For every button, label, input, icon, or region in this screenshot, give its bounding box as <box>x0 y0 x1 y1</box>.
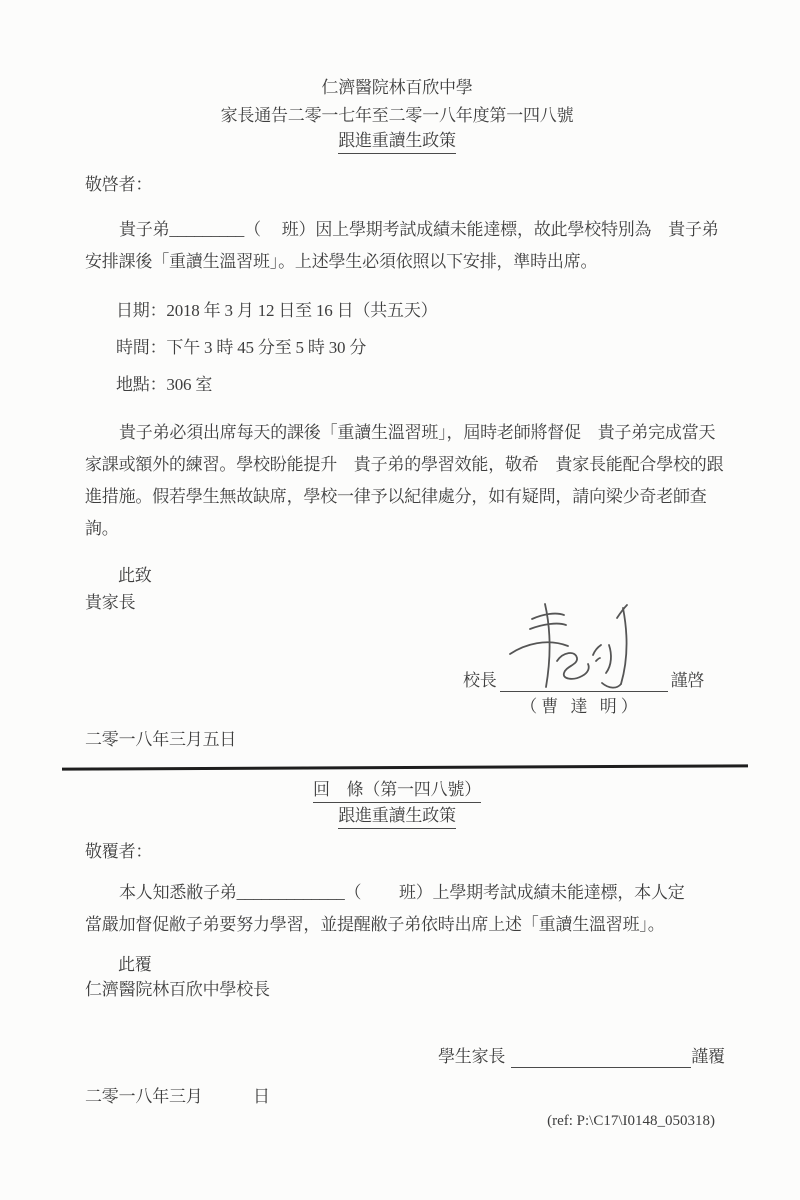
notice-paragraph1-line: 安排課後「重讀生溫習班」。上述學生必須依照以下安排，準時出席。 <box>85 251 597 273</box>
principal-sign-row: 校長 謹啓 <box>463 670 704 692</box>
principal-suffix: 謹啓 <box>671 670 705 692</box>
notice-subject: 跟進重讀生政策 <box>338 130 456 154</box>
file-reference: (ref: P:\C17\I0148_050318) <box>440 1110 715 1132</box>
scanned-notice-page: 仁濟醫院林百欣中學 家長通告二零一七年至二零一八年度第一四八號 跟進重讀生政策 … <box>0 0 800 1200</box>
principal-signature-line <box>500 672 668 692</box>
notice-paragraph2-line: 貴子弟必須出席每天的課後「重讀生溫習班」，屆時老師將督促 貴子弟完成當天 <box>85 422 715 444</box>
notice-number-line: 家長通告二零一七年至二零一八年度第一四八號 <box>0 105 794 127</box>
parent-sign-row: 學生家長 謹覆 <box>438 1046 725 1068</box>
notice-issue-date: 二零一八年三月五日 <box>85 729 236 751</box>
notice-subject-wrap: 跟進重讀生政策 <box>0 130 794 154</box>
notice-salutation: 敬啓者： <box>85 174 152 196</box>
notice-paragraph1-line: 貴子弟_________（ 班）因上學期考試成績未能達標，故此學校特別為 貴子弟 <box>85 219 719 241</box>
reply-recipient: 仁濟醫院林百欣中學校長 <box>85 979 270 1001</box>
principal-label: 校長 <box>463 670 497 692</box>
reply-salutation: 敬覆者： <box>85 841 152 863</box>
schedule-time: 時間：下午 3 時 45 分至 5 時 30 分 <box>116 337 366 359</box>
schedule-date: 日期：2018 年 3 月 12 日至 16 日（共五天） <box>116 300 437 322</box>
schedule-venue: 地點：306 室 <box>116 374 212 396</box>
notice-closing: 此致 <box>118 565 152 587</box>
reply-subject: 跟進重讀生政策 <box>338 805 456 829</box>
parent-label: 學生家長 <box>438 1046 505 1068</box>
notice-paragraph2-line: 家課或額外的練習。學校盼能提升 貴子弟的學習效能，敬希 貴家長能配合學校的跟 <box>85 454 723 476</box>
reply-paragraph-line: 本人知悉敝子弟_____________（ 班）上學期考試成績未能達標，本人定 <box>85 882 685 904</box>
reply-title-wrap: 回 條（第一四八號） <box>0 779 794 803</box>
notice-paragraph2-line: 詢。 <box>85 518 119 540</box>
notice-recipient: 貴家長 <box>85 592 135 614</box>
reply-paragraph-line: 當嚴加督促敝子弟要努力學習，並提醒敝子弟依時出席上述「重讀生溫習班」。 <box>85 914 665 936</box>
reply-date: 二零一八年三月 日 <box>85 1086 270 1108</box>
tear-off-divider <box>62 764 748 770</box>
reply-title: 回 條（第一四八號） <box>313 779 481 803</box>
parent-signature-line <box>511 1048 691 1068</box>
reply-subject-wrap: 跟進重讀生政策 <box>0 805 794 829</box>
reply-closing: 此覆 <box>118 954 152 976</box>
school-name: 仁濟醫院林百欣中學 <box>0 77 794 99</box>
parent-suffix: 謹覆 <box>691 1046 725 1068</box>
principal-name: （曹 達 明） <box>492 696 670 718</box>
notice-paragraph2-line: 進措施。假若學生無故缺席，學校一律予以紀律處分，如有疑問，請向梁少奇老師查 <box>85 486 707 508</box>
